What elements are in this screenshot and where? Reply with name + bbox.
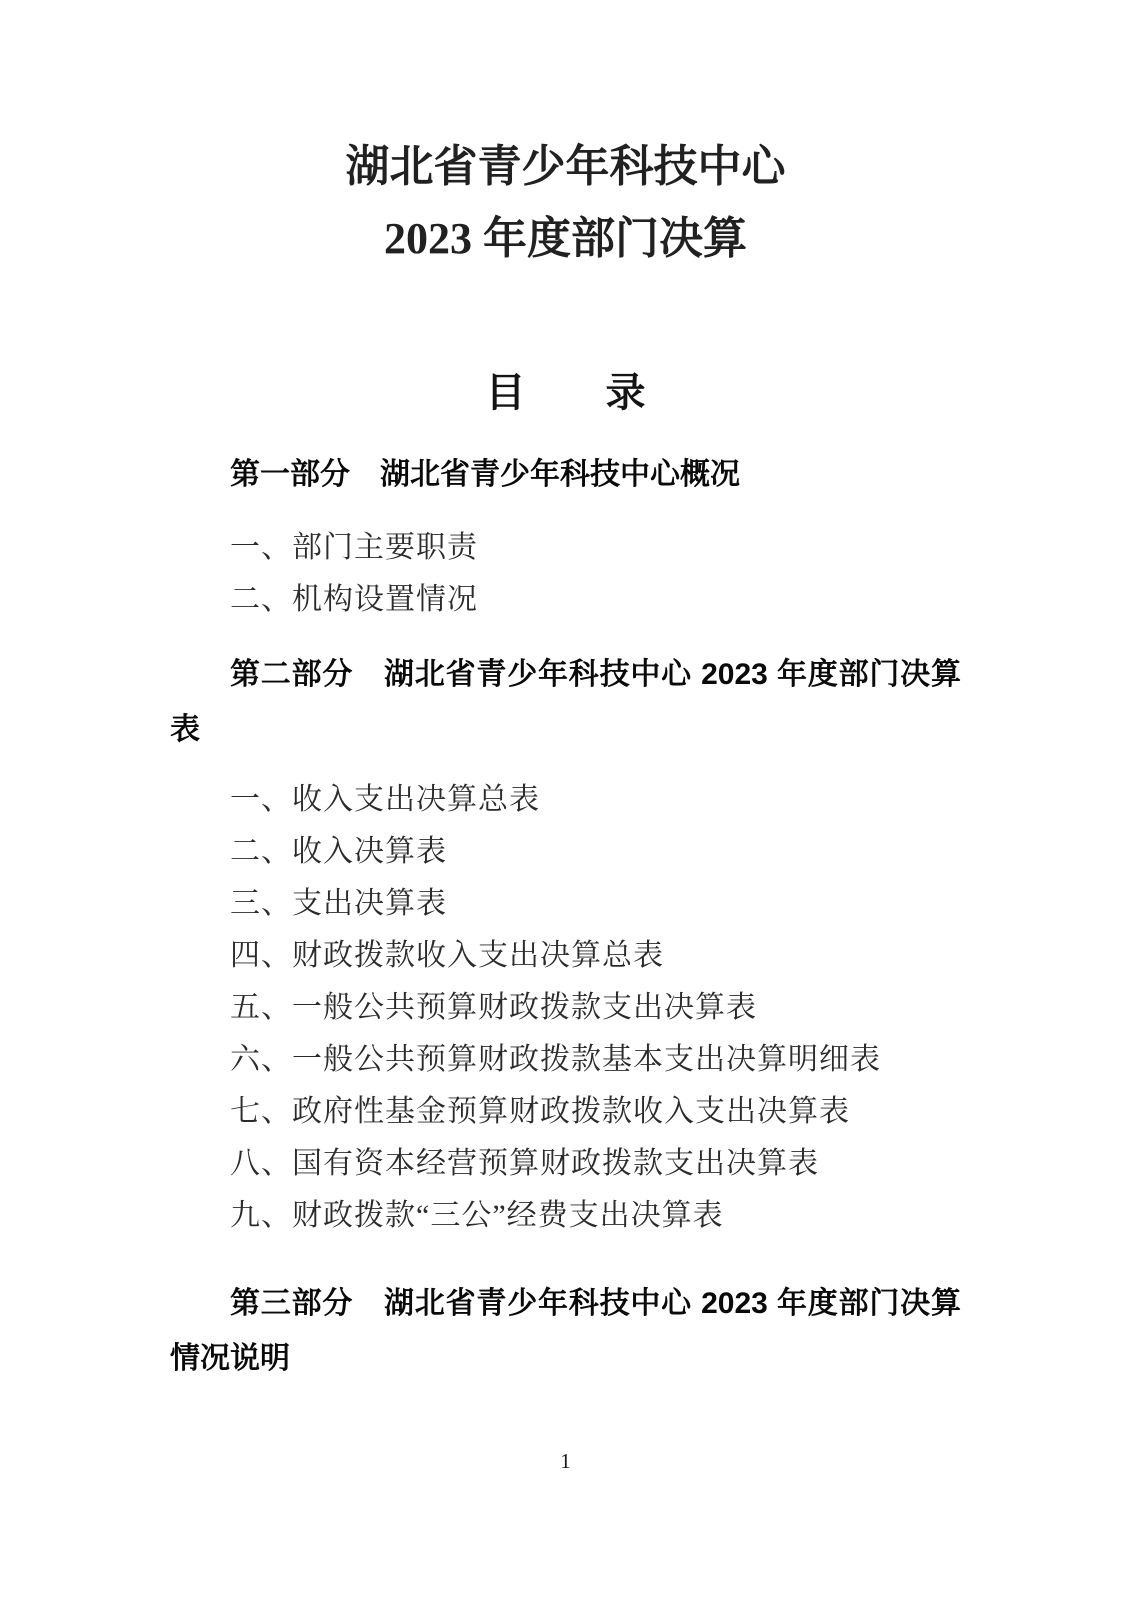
toc-item: 二、收入决算表 bbox=[170, 826, 961, 878]
toc-item: 五、一般公共预算财政拨款支出决算表 bbox=[170, 982, 961, 1034]
toc-title: 目 录 bbox=[170, 365, 961, 420]
toc-section-items-part1: 一、部门主要职责 二、机构设置情况 bbox=[170, 522, 961, 626]
document-title-line2: 2023 年度部门决算 bbox=[170, 203, 961, 275]
toc-item: 二、机构设置情况 bbox=[170, 574, 961, 626]
toc-section-heading-part2: 第二部分 湖北省青少年科技中心 2023 年度部门决算表 bbox=[170, 647, 961, 757]
toc-item: 八、国有资本经营预算财政拨款支出决算表 bbox=[170, 1138, 961, 1190]
document-page: 湖北省青少年科技中心 2023 年度部门决算 目 录 第一部分 湖北省青少年科技… bbox=[0, 0, 1131, 1600]
toc-item: 三、支出决算表 bbox=[170, 878, 961, 930]
toc-item: 四、财政拨款收入支出决算总表 bbox=[170, 930, 961, 982]
toc-item: 六、一般公共预算财政拨款基本支出决算明细表 bbox=[170, 1034, 961, 1086]
document-title-line1: 湖北省青少年科技中心 bbox=[170, 131, 961, 203]
toc-item: 九、财政拨款“三公”经费支出决算表 bbox=[170, 1190, 961, 1242]
toc-section-items-part2: 一、收入支出决算总表 二、收入决算表 三、支出决算表 四、财政拨款收入支出决算总… bbox=[170, 774, 961, 1242]
toc-item: 一、部门主要职责 bbox=[170, 522, 961, 574]
toc-item: 一、收入支出决算总表 bbox=[170, 774, 961, 826]
page-content: 湖北省青少年科技中心 2023 年度部门决算 目 录 第一部分 湖北省青少年科技… bbox=[0, 131, 1131, 1386]
toc-section-heading-part3: 第三部分 湖北省青少年科技中心 2023 年度部门决算情况说明 bbox=[170, 1276, 961, 1386]
toc-item: 七、政府性基金预算财政拨款收入支出决算表 bbox=[170, 1086, 961, 1138]
toc-section-heading-part1: 第一部分 湖北省青少年科技中心概况 bbox=[170, 447, 961, 502]
page-number: 1 bbox=[0, 1448, 1131, 1474]
